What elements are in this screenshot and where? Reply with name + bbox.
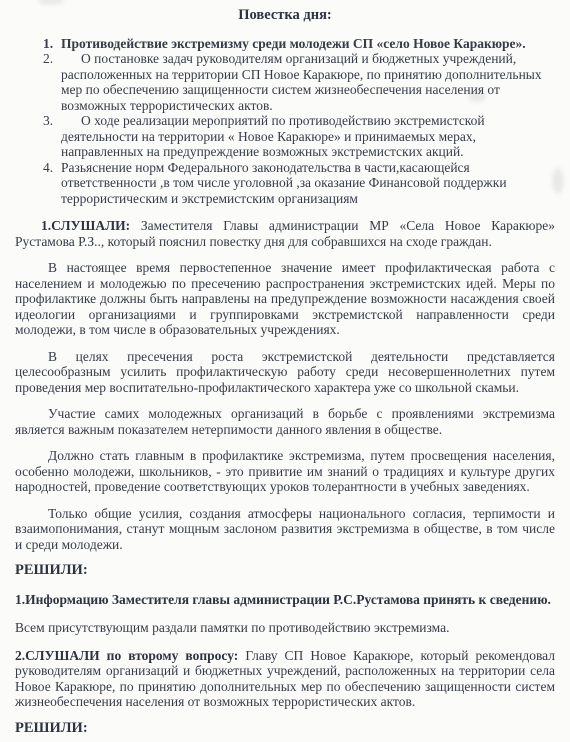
scanned-document-page: Повестка дня: 1. Противодействие экстрем… — [0, 0, 570, 742]
hearing-2-label: 2.СЛУШАЛИ по второму вопросу: — [15, 648, 238, 663]
body-paragraph-3: Участие самих молодежных организаций в б… — [15, 406, 555, 437]
body-paragraph-4: Должно стать главным в профилактике экст… — [15, 448, 555, 495]
agenda-item-1: 1. Противодействие экстремизму среди мол… — [43, 36, 555, 52]
agenda-item-3: 3. О ходе реализации мероприятий по прот… — [43, 113, 555, 160]
agenda-item-number: 1. — [43, 36, 61, 52]
decision-1-note: Всем присутствующим раздали памятки по п… — [15, 620, 555, 636]
scan-artifact — [38, 0, 64, 5]
decision-2-heading: РЕШИЛИ: — [15, 721, 555, 737]
agenda-item-text: О постановке задач руководителям организ… — [61, 51, 555, 113]
agenda-list: 1. Противодействие экстремизму среди мол… — [43, 36, 555, 207]
agenda-item-number: 4. — [43, 160, 61, 176]
agenda-item-2: 2. О постановке задач руководителям орга… — [43, 51, 555, 113]
agenda-item-number: 3. — [43, 113, 61, 129]
agenda-item-text: Разьяснение норм Федерального законодате… — [61, 160, 555, 207]
hearing-1-label: 1.СЛУШАЛИ: — [41, 218, 130, 233]
agenda-item-number: 2. — [43, 51, 61, 67]
hearing-2-paragraph: 2.СЛУШАЛИ по второму вопросу: Главу СП Н… — [15, 648, 555, 710]
decision-1-heading: РЕШИЛИ: — [15, 563, 555, 579]
agenda-item-4: 4. Разьяснение норм Федерального законод… — [43, 160, 555, 207]
agenda-item-text: Противодействие экстремизму среди молоде… — [61, 36, 555, 52]
document-title: Повестка дня: — [15, 8, 555, 24]
body-paragraph-1: В настоящее время первостепенное значени… — [15, 260, 555, 338]
agenda-item-text: О ходе реализации мероприятий по противо… — [61, 113, 555, 160]
decision-1-item: 1.Информацию Заместителя главы администр… — [15, 592, 555, 608]
hearing-1-paragraph: 1.СЛУШАЛИ: Заместителя Главы администрац… — [15, 218, 555, 249]
body-paragraph-5: Только общие усилия, создания атмосферы … — [15, 506, 555, 553]
body-paragraph-2: В целях пресечения роста экстремистской … — [15, 349, 555, 396]
